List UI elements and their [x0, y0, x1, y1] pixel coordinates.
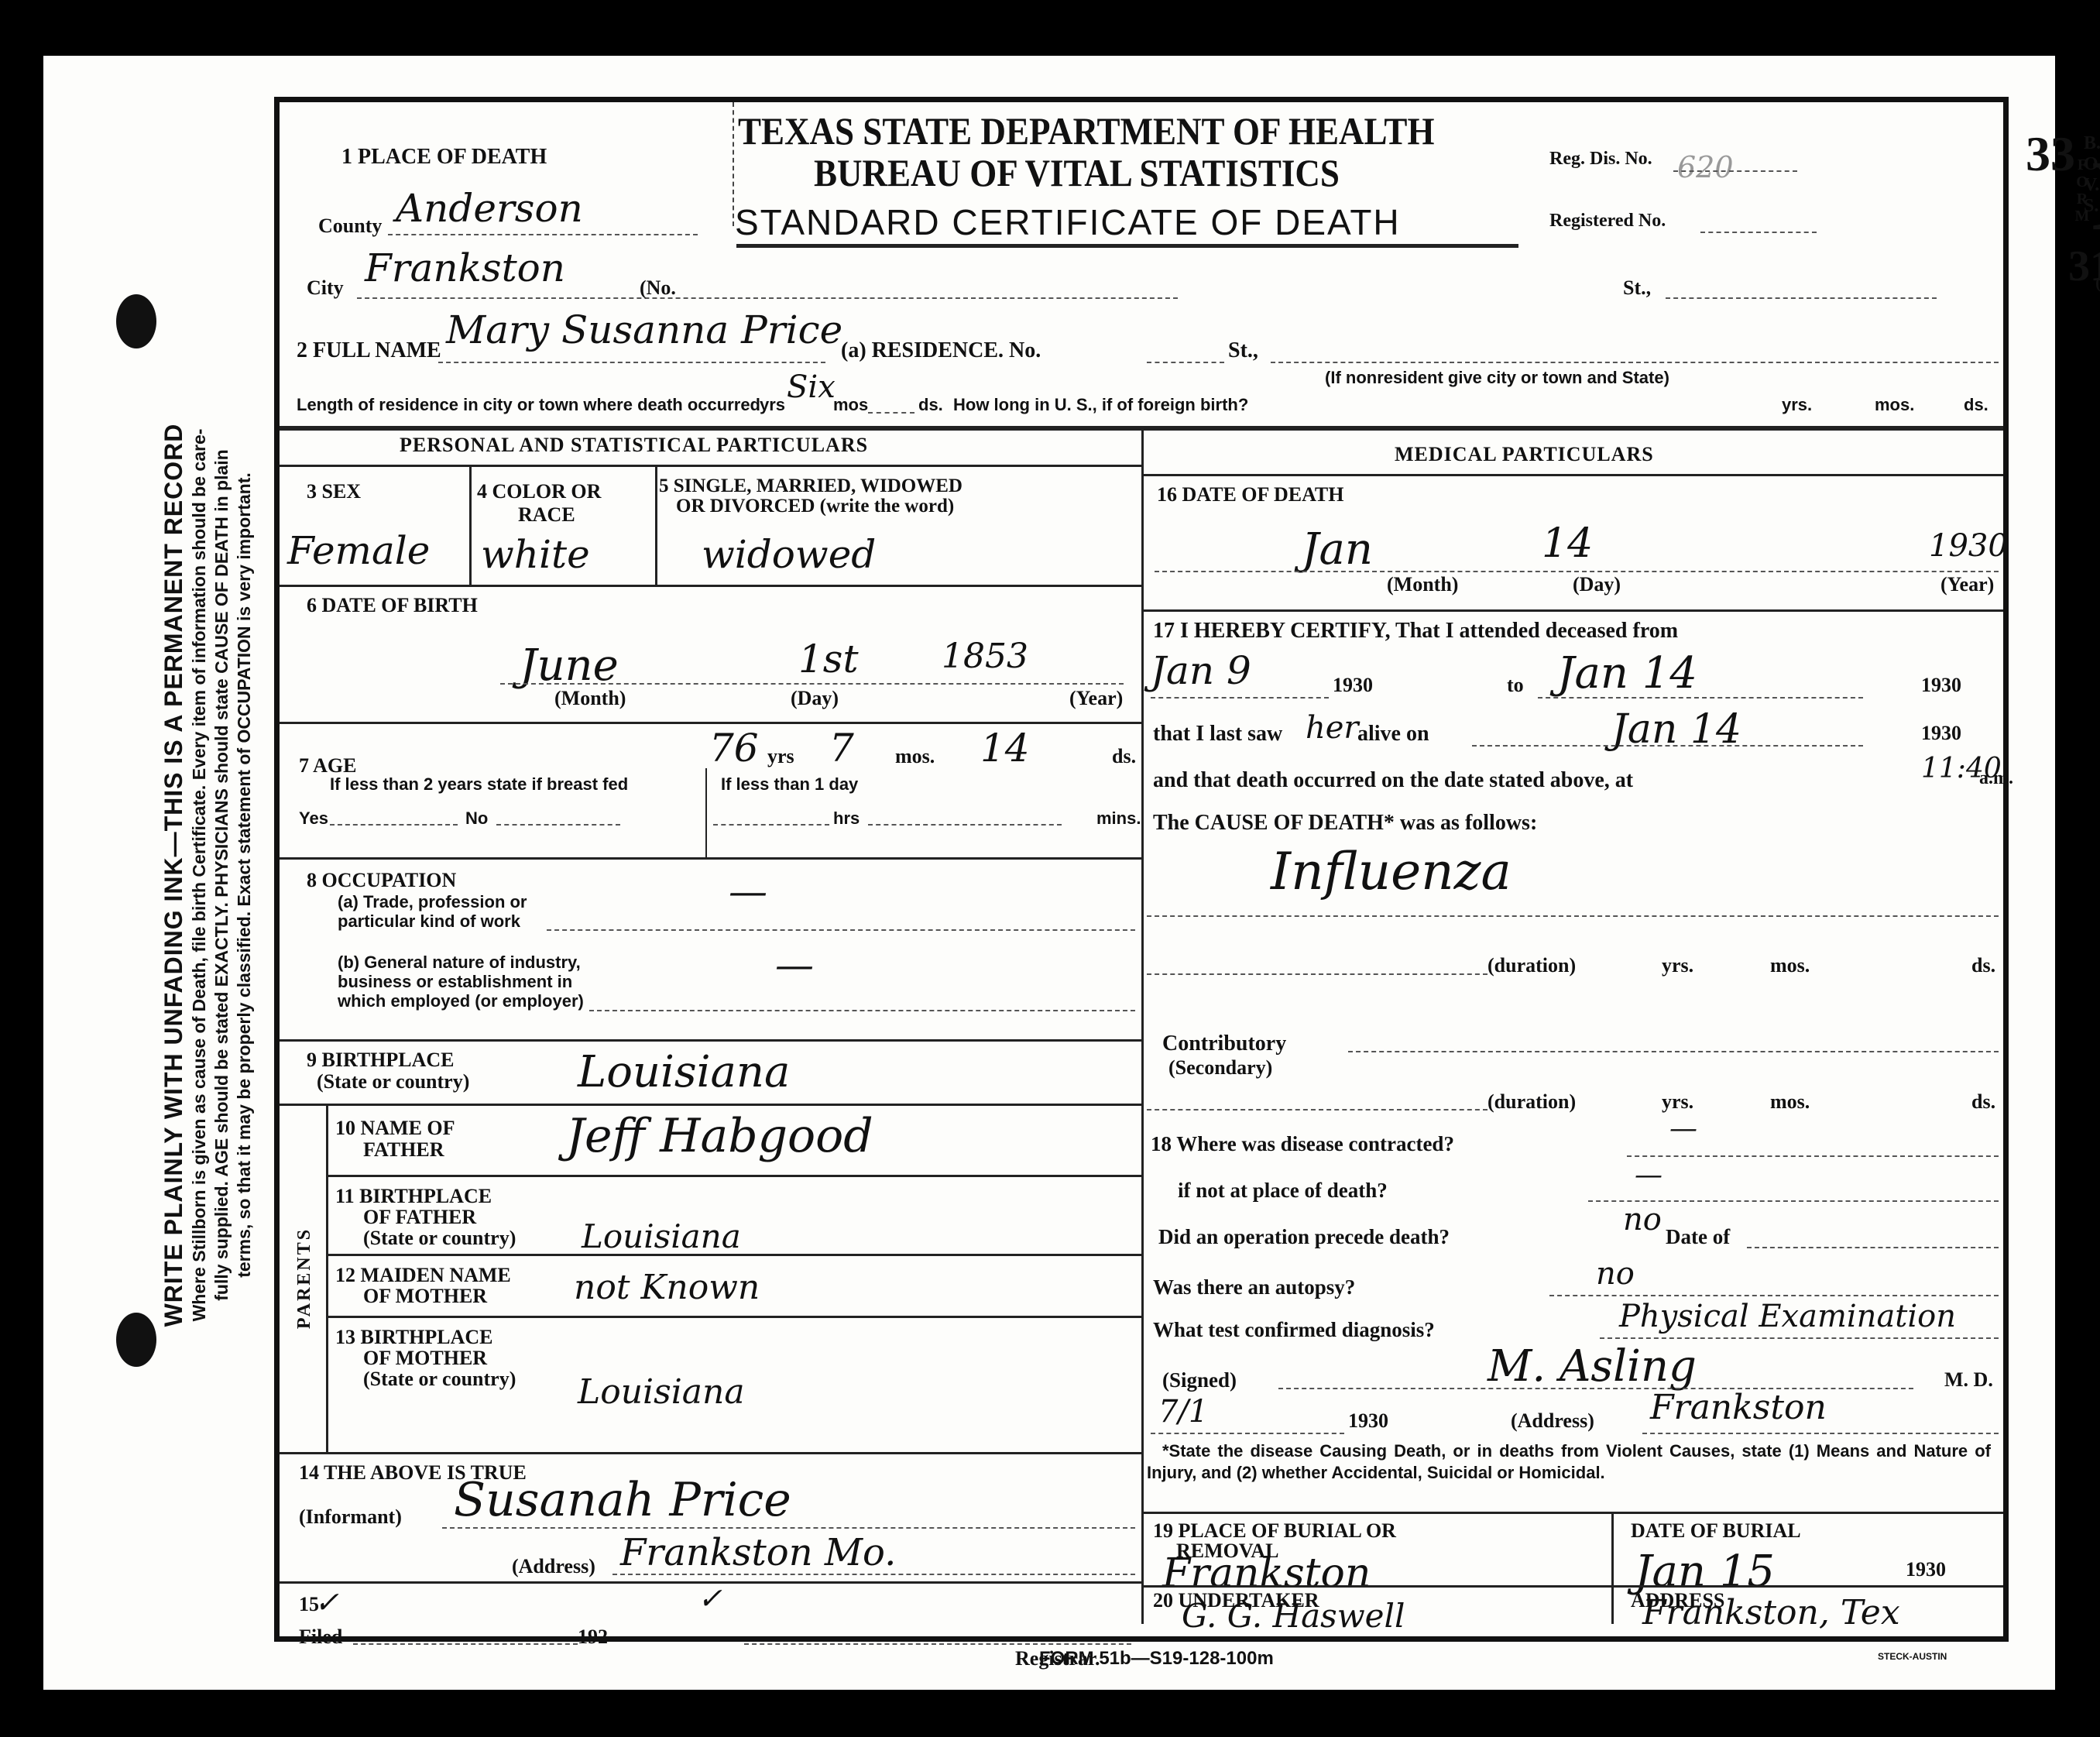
foreign-mos-label: mos.	[1875, 395, 1914, 415]
st-label: St.,	[1623, 276, 1651, 300]
cause-footnote: *State the disease Causing Death, or in …	[1147, 1440, 1991, 1484]
operation-date-line	[1747, 1247, 1999, 1248]
instructions-line-2: fully supplied. AGE should be stated EXA…	[211, 147, 233, 1603]
filed-year: 192	[578, 1625, 608, 1649]
cause-value: Influenza	[1271, 842, 1512, 901]
burial-date-label: DATE OF BURIAL	[1631, 1519, 1801, 1543]
title-bureau: BUREAU OF VITAL STATISTICS	[814, 150, 1340, 195]
occ-b-line	[589, 1010, 1135, 1011]
operation-date-label: Date of	[1666, 1225, 1730, 1249]
autopsy-value: no	[1596, 1256, 1635, 1292]
test-value: Physical Examination	[1619, 1299, 1956, 1334]
sidebar-instructions: WRITE PLAINLY WITH UNFADING INK—THIS IS …	[143, 147, 271, 1603]
secondary-duration-line	[1147, 1109, 1487, 1111]
form-vertical-label: FORM	[2074, 156, 2090, 225]
rule	[326, 1175, 1141, 1177]
father-bp-label-3: (State or country)	[363, 1227, 516, 1250]
title-department: TEXAS STATE DEPARTMENT OF HEALTH	[738, 108, 1434, 153]
personal-section-title: PERSONAL AND STATISTICAL PARTICULARS	[400, 434, 868, 457]
secondary-label: (Secondary)	[1168, 1056, 1272, 1080]
parents-label: PARENTS	[286, 1104, 324, 1452]
mother-bp-label-2: OF MOTHER	[363, 1347, 487, 1370]
less-day-note: If less than 1 day	[721, 774, 858, 795]
mother-value: not Known	[574, 1268, 760, 1307]
mins-label: mins.	[1096, 808, 1141, 829]
dod-month-caption: (Month)	[1387, 573, 1458, 596]
father-value: Jeff Habgood	[566, 1109, 873, 1163]
marital-label-1: 5 SINGLE, MARRIED, WIDOWED	[659, 475, 962, 497]
informant-label: (Informant)	[299, 1505, 402, 1529]
father-bp-label-1: 11 BIRTHPLACE	[335, 1185, 492, 1208]
mother-label-2: OF MOTHER	[363, 1285, 487, 1308]
disease-contracted-label: 18 Where was disease contracted?	[1151, 1132, 1454, 1156]
operation-value: no	[1623, 1202, 1662, 1238]
disease-contracted-value: —	[1669, 1113, 1697, 1145]
residence-st-line	[1271, 362, 1999, 363]
signed-date: 7/1	[1158, 1394, 1208, 1430]
title-certificate: STANDARD CERTIFICATE OF DEATH	[735, 201, 1401, 243]
mother-bp-label-1: 13 BIRTHPLACE	[335, 1326, 493, 1349]
informant-line	[442, 1527, 1135, 1529]
to-label: to	[1507, 674, 1524, 697]
mother-bp-value: Louisiana	[578, 1372, 745, 1412]
occ-a-value: —	[729, 869, 767, 914]
registered-label: Registered No.	[1549, 211, 1666, 232]
secondary-yrs-label: yrs.	[1662, 1090, 1693, 1114]
rule	[1141, 1512, 2003, 1514]
dod-day-caption: (Day)	[1573, 573, 1621, 596]
cause-ds-label: ds.	[1971, 954, 1995, 977]
length-mos-value: Six	[787, 369, 836, 405]
not-place-of-death-label: if not at place of death?	[1178, 1179, 1388, 1203]
no-line	[496, 824, 620, 826]
dob-year-caption: (Year)	[1069, 687, 1123, 710]
last-saw-label-2: alive on	[1357, 722, 1429, 747]
residence-no-line	[1147, 362, 1224, 363]
death-time-suffix: a.m.	[1979, 768, 2013, 789]
occ-a-line-2: particular kind of work	[338, 911, 520, 932]
check-mark-1: ✓	[314, 1585, 339, 1619]
last-saw-line	[1472, 745, 1863, 747]
breast-fed-note: If less than 2 years state if breast fed	[330, 774, 628, 795]
st-line	[1666, 297, 1937, 299]
yes-line	[330, 824, 458, 826]
column-divider	[1141, 427, 1144, 1624]
marital-value: widowed	[702, 532, 876, 577]
no-label: (No.	[640, 276, 676, 300]
birthplace-value: Louisiana	[578, 1047, 790, 1097]
occ-b-line-2: business or establishment in	[338, 972, 572, 992]
breast-fed-yes-label: Yes	[299, 808, 328, 829]
medical-section-title: MEDICAL PARTICULARS	[1395, 443, 1654, 466]
breast-fed-no-label: No	[465, 808, 488, 829]
rule	[1611, 1512, 1614, 1624]
dod-day: 14	[1542, 520, 1593, 567]
attended-to-year: 1930	[1921, 674, 1961, 697]
father-label-1: 10 NAME OF	[335, 1117, 455, 1140]
rule	[326, 1316, 1141, 1318]
occ-a-line-1: (a) Trade, profession or	[338, 892, 527, 912]
contributory-label: Contributory	[1162, 1032, 1286, 1056]
city-line	[357, 297, 1178, 299]
cause-label: The CAUSE OF DEATH* was as follows:	[1153, 811, 1537, 836]
last-saw-year: 1930	[1921, 722, 1961, 745]
rule	[326, 1104, 328, 1452]
check-mark-2: ✓	[698, 1581, 722, 1615]
length-ds-line	[868, 412, 914, 414]
rule	[655, 465, 657, 585]
dod-year-caption: (Year)	[1940, 573, 1994, 596]
cause-yrs-label: yrs.	[1662, 954, 1693, 977]
rule	[280, 857, 1141, 860]
printer-mark: STECK-AUSTIN	[1878, 1651, 1947, 1662]
occ-a-line	[547, 929, 1135, 931]
father-bp-label-2: OF FATHER	[363, 1206, 476, 1229]
physician-address-label: (Address)	[1511, 1409, 1594, 1433]
undertaker-address-value: Frankston, Tex	[1642, 1593, 1900, 1632]
filed-line	[353, 1643, 578, 1645]
rule	[280, 722, 1141, 724]
physician-address-value: Frankston	[1650, 1388, 1827, 1427]
age-yrs-label: yrs	[767, 745, 794, 768]
dob-year: 1853	[942, 637, 1028, 676]
birthplace-sub: (State or country)	[317, 1070, 469, 1093]
dob-line	[500, 683, 1124, 685]
contributory-line	[1348, 1051, 1999, 1052]
autopsy-line	[1549, 1295, 1999, 1296]
signed-date-line	[1151, 1433, 1344, 1434]
operation-label: Did an operation precede death?	[1158, 1225, 1450, 1249]
duration-line	[1147, 973, 1487, 975]
reg-dis-value: 33	[2026, 125, 2075, 183]
sex-label: 3 SEX	[307, 480, 361, 503]
rule	[1141, 474, 2003, 476]
length-mos-label: mos	[833, 395, 868, 415]
hrs-line	[713, 824, 829, 826]
dod-line	[1155, 571, 1999, 572]
rule	[280, 1039, 1141, 1042]
margin-note: 620	[1677, 150, 1734, 184]
secondary-mos-label: mos.	[1770, 1090, 1810, 1114]
mother-bp-label-3: (State or country)	[363, 1368, 516, 1391]
signed-value: M. Asling	[1487, 1341, 1697, 1392]
full-name-value: Mary Susanna Price	[446, 307, 842, 352]
county-label: County	[318, 215, 382, 238]
foreign-birth-label: How long in U. S., if of foreign birth?	[953, 395, 1248, 415]
length-ds-label: ds.	[918, 395, 943, 415]
rule	[280, 1452, 1141, 1454]
nonresident-note: (If nonresident give city or town and St…	[1325, 368, 1669, 388]
secondary-duration-label: (duration)	[1487, 1090, 1576, 1114]
cause-duration-label: (duration)	[1487, 954, 1576, 977]
sex-value: Female	[287, 528, 430, 573]
informant-address-value: Frankston Mo.	[620, 1531, 896, 1574]
hrs-label: hrs	[833, 808, 860, 829]
rule	[280, 1104, 1141, 1106]
age-yrs-value: 76	[709, 726, 759, 771]
foreign-ds-label: ds.	[1964, 395, 1988, 415]
last-saw-pronoun: her	[1306, 710, 1359, 746]
attended-from-line	[1151, 697, 1329, 699]
dob-day-caption: (Day)	[791, 687, 839, 710]
signed-year: 1930	[1348, 1409, 1388, 1433]
length-residence-label: Length of residence in city or town wher…	[297, 395, 760, 415]
informant-address-label: (Address)	[512, 1555, 595, 1578]
city-label: City	[307, 276, 344, 300]
dob-label: 6 DATE OF BIRTH	[307, 594, 478, 617]
rule	[1141, 609, 2003, 612]
age-ds-label: ds.	[1112, 745, 1136, 768]
race-label-1: 4 COLOR OR	[477, 480, 601, 503]
age-mos-label: mos.	[895, 745, 935, 768]
rule	[1141, 1585, 2003, 1588]
death-occurred-label: and that death occurred on the date stat…	[1153, 768, 1633, 793]
dob-day: 1st	[798, 637, 859, 681]
instructions-line-3: terms, so that it may be properly classi…	[233, 147, 256, 1603]
attended-to-date: Jan 14	[1557, 648, 1697, 699]
rule	[705, 768, 707, 857]
certify-statement: 17 I HEREBY CERTIFY, That I attended dec…	[1153, 619, 1678, 644]
marital-label-2: OR DIVORCED (write the word)	[676, 496, 954, 517]
autopsy-label: Was there an autopsy?	[1153, 1275, 1355, 1299]
attended-from-date: Jan 9	[1151, 648, 1251, 693]
age-mos-value: 7	[829, 726, 854, 771]
rule	[280, 585, 1141, 587]
residence-st-label: St.,	[1228, 338, 1258, 363]
secondary-ds-label: ds.	[1971, 1090, 1995, 1114]
instructions-line-1: Where Stillborn is given as cause of Dea…	[188, 147, 211, 1603]
header-divider	[733, 102, 734, 226]
informant-address-line	[612, 1574, 1135, 1575]
burial-year: 1930	[1906, 1558, 1946, 1581]
age-ds-value: 14	[980, 726, 1030, 771]
form-letter: D	[2091, 146, 2100, 246]
informant-value: Susanah Price	[454, 1473, 791, 1527]
physician-address-line	[1642, 1433, 1999, 1434]
city-value: Frankston	[365, 245, 565, 290]
foreign-yrs-label: yrs.	[1782, 395, 1812, 415]
cause-line	[1147, 915, 1999, 917]
full-name-label: 2 FULL NAME	[297, 338, 441, 363]
rule	[280, 465, 1141, 467]
occ-b-value: —	[775, 942, 814, 987]
form-number: FORM 51b—S19-128-100m	[1039, 1648, 1274, 1670]
last-saw-label-1: that I last saw	[1153, 722, 1282, 747]
test-label: What test confirmed diagnosis?	[1153, 1318, 1435, 1342]
dob-month-caption: (Month)	[554, 687, 626, 710]
death-certificate-form: 1 PLACE OF DEATH County Anderson TEXAS S…	[274, 97, 2009, 1642]
residence-label: (a) RESIDENCE. No.	[841, 338, 1041, 363]
title-underline	[736, 244, 1518, 248]
mins-line	[868, 824, 1062, 826]
dod-month: Jan	[1302, 524, 1373, 575]
occ-b-line-1: (b) General nature of industry,	[338, 953, 581, 973]
cause-mos-label: mos.	[1770, 954, 1810, 977]
filed-label: Filed	[299, 1625, 342, 1649]
reg-dis-line	[1673, 170, 1797, 172]
place-of-death-label: 1 PLACE OF DEATH	[341, 145, 547, 170]
occ-b-line-3: which employed (or employer)	[338, 991, 584, 1011]
county-line	[388, 234, 698, 235]
not-place-of-death-value: —	[1635, 1159, 1662, 1191]
registered-line	[1700, 232, 1817, 233]
rule	[326, 1254, 1141, 1256]
dod-label: 16 DATE OF DEATH	[1157, 483, 1343, 506]
reg-dis-label: Reg. Dis. No.	[1549, 149, 1652, 170]
registrar-line	[744, 1643, 1131, 1645]
test-line	[1600, 1337, 1999, 1339]
father-label-2: FATHER	[363, 1138, 444, 1162]
rule	[469, 465, 472, 585]
contracted-line	[1627, 1155, 1999, 1157]
birthplace-label: 9 BIRTHPLACE	[307, 1049, 455, 1072]
occupation-label: 8 OCCUPATION	[307, 869, 456, 892]
signed-label: (Signed)	[1162, 1368, 1237, 1392]
father-bp-value: Louisiana	[582, 1217, 741, 1255]
attended-to-line	[1538, 697, 1863, 699]
mother-label-1: 12 MAIDEN NAME	[335, 1264, 511, 1287]
race-value: white	[481, 532, 590, 577]
county-value: Anderson	[396, 186, 583, 231]
race-label-2: RACE	[518, 503, 575, 527]
length-yrs-label: yrs	[760, 395, 785, 415]
md-label: M. D.	[1944, 1368, 1993, 1392]
full-name-line	[438, 362, 825, 363]
dod-year: 1930	[1929, 528, 2008, 564]
permanent-record-note: WRITE PLAINLY WITH UNFADING INK—THIS IS …	[160, 147, 188, 1603]
undertaker-value: G. G. Haswell	[1182, 1597, 1405, 1635]
attended-from-year: 1930	[1333, 674, 1373, 697]
ward-label: (Ward)	[2095, 273, 2100, 293]
